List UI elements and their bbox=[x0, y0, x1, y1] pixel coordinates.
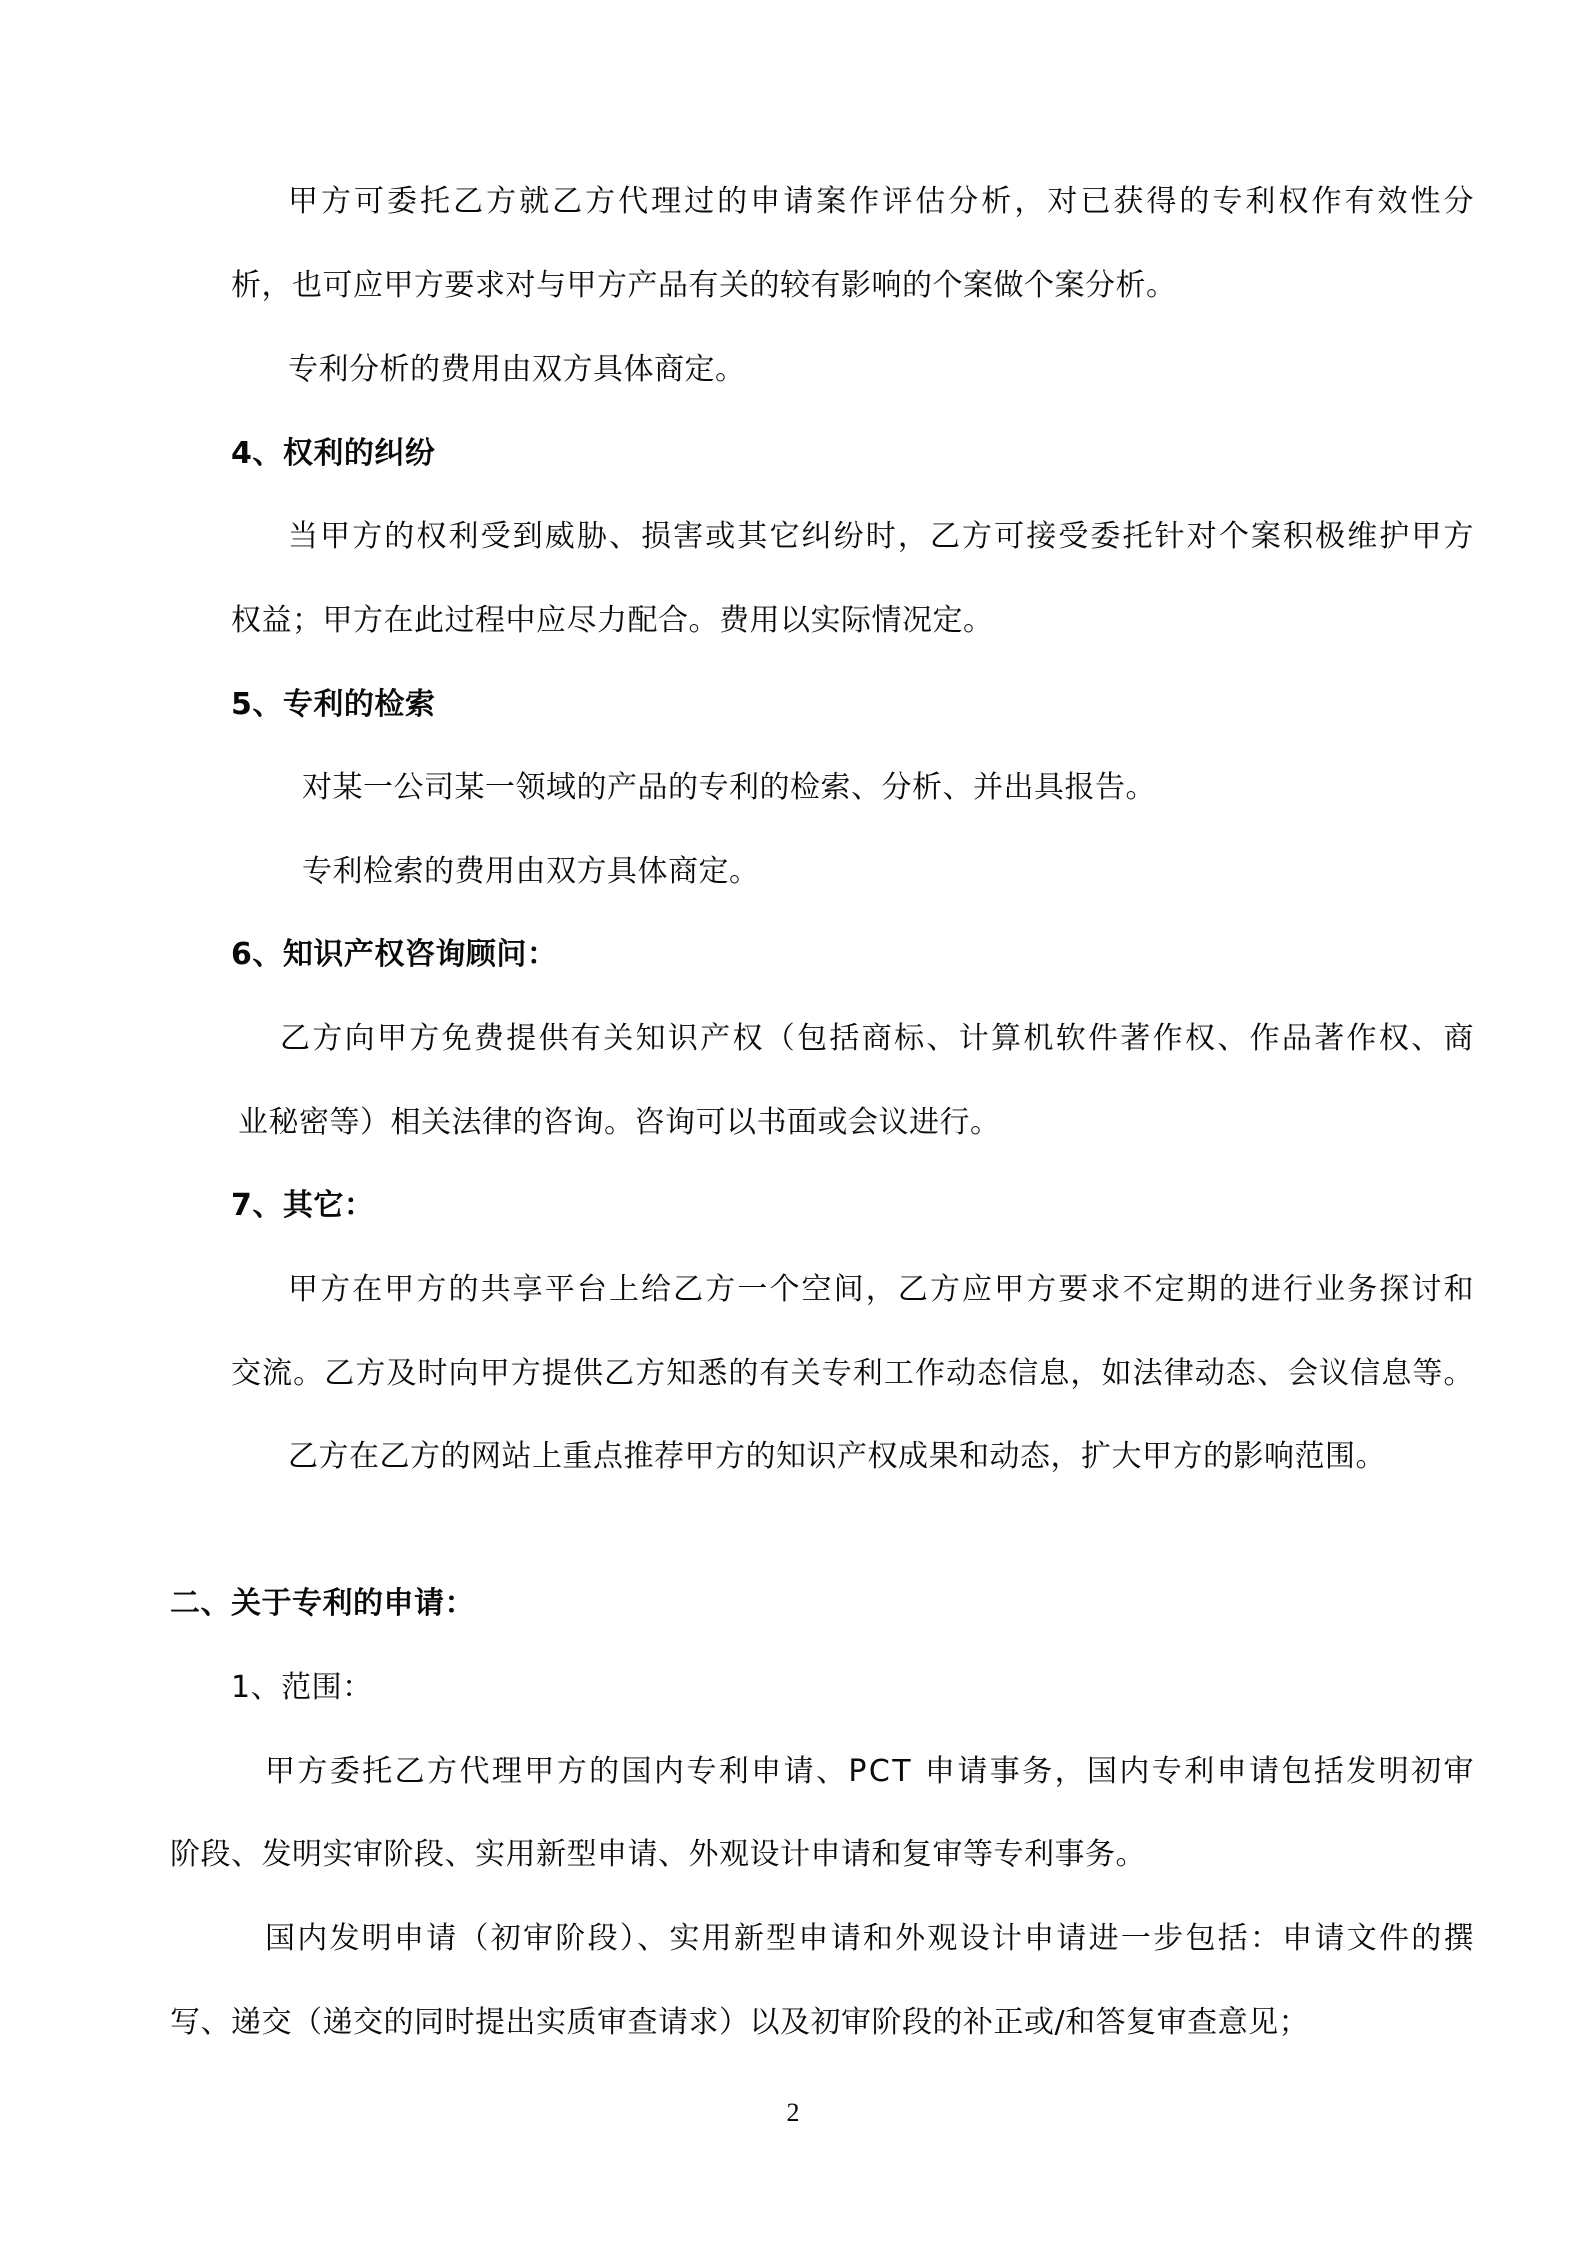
paragraph-line: 写、递交（递交的同时提出实质审查请求）以及初审阶段的补正或/和答复审查意见； bbox=[170, 2003, 1309, 2043]
paragraph-line: 阶段、发明实审阶段、实用新型申请、外观设计申请和复审等专利事务。 bbox=[170, 1835, 1146, 1875]
paragraph-line: 权益；甲方在此过程中应尽力配合。费用以实际情况定。 bbox=[231, 601, 994, 641]
paragraph-line: 甲方可委托乙方就乙方代理过的申请案作评估分析，对已获得的专利权作有效性分 bbox=[288, 182, 1477, 222]
page-number: 2 bbox=[0, 2098, 1586, 2128]
paragraph-line: 交流。乙方及时向甲方提供乙方知悉的有关专利工作动态信息，如法律动态、会议信息等。 bbox=[231, 1354, 1475, 1394]
section-heading: 6、知识产权咨询顾问： bbox=[231, 935, 557, 975]
paragraph-line: 对某一公司某一领域的产品的专利的检索、分析、并出具报告。 bbox=[302, 768, 1156, 808]
paragraph-line: 乙方向甲方免费提供有关知识产权（包括商标、计算机软件著作权、作品著作权、商 bbox=[280, 1019, 1476, 1059]
section-heading: 4、权利的纠纷 bbox=[231, 434, 435, 474]
section-heading: 7、其它： bbox=[231, 1186, 374, 1226]
paragraph-line: 国内发明申请（初审阶段）、实用新型申请和外观设计申请进一步包括：申请文件的撰 bbox=[265, 1919, 1476, 1959]
paragraph-line: 甲方委托乙方代理甲方的国内专利申请、PCT 申请事务，国内专利申请包括发明初审 bbox=[265, 1752, 1476, 1792]
paragraph-line: 析，也可应甲方要求对与甲方产品有关的较有影响的个案做个案分析。 bbox=[231, 266, 1177, 306]
paragraph-line: 当甲方的权利受到威胁、损害或其它纠纷时，乙方可接受委托针对个案积极维护甲方 bbox=[288, 517, 1476, 557]
section-heading: 5、专利的检索 bbox=[231, 685, 435, 725]
paragraph-line: 甲方在甲方的共享平台上给乙方一个空间，乙方应甲方要求不定期的进行业务探讨和 bbox=[288, 1270, 1476, 1310]
paragraph-line: 1、范围： bbox=[231, 1668, 373, 1708]
paragraph-line: 专利分析的费用由双方具体商定。 bbox=[288, 350, 746, 390]
paragraph-line: 业秘密等）相关法律的咨询。咨询可以书面或会议进行。 bbox=[238, 1103, 1001, 1143]
paragraph-line: 乙方在乙方的网站上重点推荐甲方的知识产权成果和动态，扩大甲方的影响范围。 bbox=[288, 1437, 1386, 1477]
paragraph-line: 专利检索的费用由双方具体商定。 bbox=[302, 852, 760, 892]
section-heading: 二、关于专利的申请： bbox=[170, 1584, 475, 1624]
